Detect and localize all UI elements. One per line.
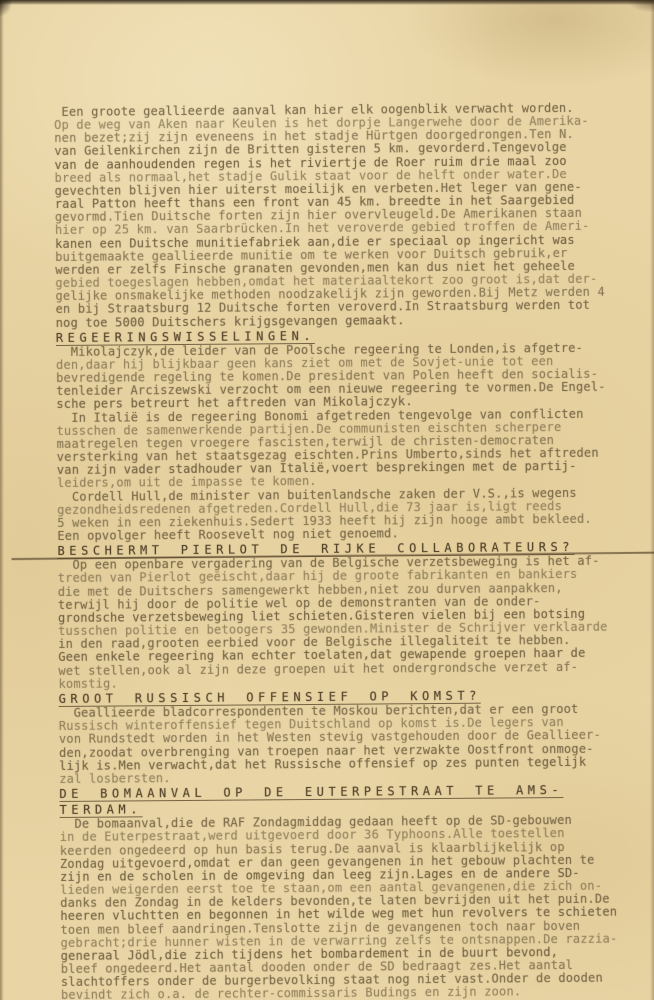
scan-edge-left	[0, 0, 4, 1000]
scan-corner-top-right	[628, 0, 654, 12]
heading-line: DE BOMAANVAL OP DE EUTERPESTRAAT TE AMS-	[59, 784, 563, 802]
section-paragraph: De bomaanval,die de RAF Zondagmiddag ged…	[60, 814, 639, 1000]
section-paragraph: Cordell Hull,de minister van buitenlands…	[57, 486, 635, 543]
section-paragraph: Een groote geallieerde aanval kan hier e…	[54, 101, 634, 329]
scan-edge-top	[0, 0, 654, 5]
document-page: Een groote geallieerde aanval kan hier e…	[0, 0, 654, 1000]
text-line: bevindt zich o.a. de rechter-commissaris…	[61, 985, 639, 1000]
document-text: Een groote geallieerde aanval kan hier e…	[54, 101, 639, 1000]
section-paragraph: Mikolajczyk,de leider van de Poolsche re…	[56, 341, 634, 411]
section-paragraph: Geallieerde bladcorrespondenten te Mosko…	[59, 702, 638, 785]
section-paragraph: Op een openbare vergadering van de Belgi…	[58, 555, 637, 691]
scan-corner-top-left	[0, 0, 12, 16]
section-paragraph: In Italië is de regeering Bonomi afgetre…	[56, 407, 635, 490]
scan-edge-right	[650, 0, 654, 1000]
